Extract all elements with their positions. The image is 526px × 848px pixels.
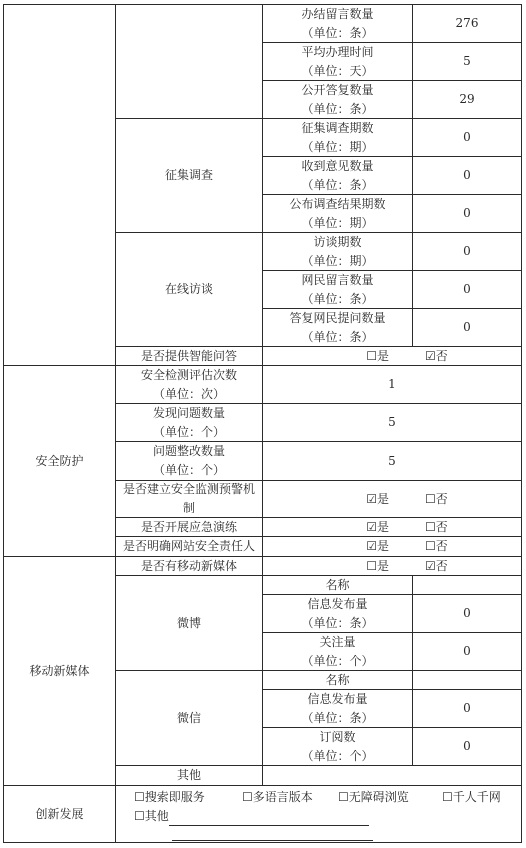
item-title: 订阅数 [319,728,355,747]
checkbox-personalized[interactable]: ☐千人千网 [442,788,501,807]
wechat-title: 微信 [177,709,201,728]
item-value: 5 [262,441,522,481]
checkbox-accessibility[interactable]: ☐无障碍浏览 [338,788,442,807]
value-text: 0 [463,642,471,661]
label-text: 名称 [325,576,349,595]
item-label: 访谈期数 （单位：期） [262,232,413,271]
item-label: 关注量 （单位：个） [262,632,413,671]
item-value: 0 [412,689,522,728]
weibo-name-value [412,575,522,595]
item-value: 0 [412,727,522,766]
item-unit: （单位：个） [153,423,225,442]
checkbox-no[interactable]: ☐否 [425,490,448,509]
label-text: 其他 [177,766,201,785]
item-title: 信息发布量 [307,690,367,709]
item-unit: （单位：个） [153,461,225,480]
item-unit: （单位：期） [301,214,373,233]
item-unit: （单位：条） [301,328,373,347]
section-label-interaction [3,4,116,366]
item-value: 5 [262,403,522,442]
checkbox-yes[interactable]: ☐是 [366,557,389,576]
smart-qa-label: 是否提供智能问答 [115,346,263,366]
security-title: 安全防护 [35,452,83,471]
innovation-options: ☐搜索即服务 ☐多语言版本 ☐无障碍浏览 ☐千人千网 ☐其他 [115,785,522,843]
checkbox-no[interactable]: ☐否 [425,537,448,556]
item-title: 收到意见数量 [301,157,373,176]
checkbox-multilingual[interactable]: ☐多语言版本 [242,788,338,807]
item-title: 网民留言数量 [301,271,373,290]
emergency-drill-options: ☑是 ☐否 [262,517,522,537]
item-title: 访谈期数 [313,233,361,252]
item-unit: （单位：条） [301,24,373,43]
item-label: 发现问题数量 （单位：个） [115,403,263,442]
item-title: 发现问题数量 [153,404,225,423]
weibo-label: 微博 [115,575,263,671]
section-label-innovation: 创新发展 [3,785,116,843]
innovation-blank-row [134,826,373,842]
label-text: 名称 [325,671,349,690]
warning-mechanism-options: ☑是 ☐否 [262,480,522,518]
item-title: 答复网民提问数量 [289,309,385,328]
item-label: 答复网民提问数量 （单位：条） [262,308,413,347]
value-text: 0 [463,204,471,223]
item-value: 29 [412,80,522,119]
checkbox-yes[interactable]: ☑是 [366,490,389,509]
item-value: 1 [262,365,522,404]
item-title: 安全检测评估次数 [141,366,237,385]
item-label: 订阅数 （单位：个） [262,727,413,766]
subsection-label-interview: 在线访谈 [115,232,263,347]
value-text: 0 [463,280,471,299]
item-unit: （单位：天） [301,62,373,81]
item-title: 问题整改数量 [153,442,225,461]
value-text: 0 [463,242,471,261]
item-label: 征集调查期数 （单位：期） [262,118,413,157]
item-value: 0 [412,308,522,347]
item-value: 0 [412,594,522,633]
smart-qa-options: ☐是 ☑否 [262,346,522,366]
section-label-mobile: 移动新媒体 [3,556,116,786]
item-unit: （单位：条） [301,176,373,195]
wechat-label: 微信 [115,670,263,766]
label-text: 是否有移动新媒体 [141,557,237,576]
item-title: 征集调查期数 [301,119,373,138]
item-label: 网民留言数量 （单位：条） [262,270,413,309]
item-unit: （单位：个） [301,747,373,766]
label-text: 是否明确网站安全责任人 [123,537,255,556]
label-text: 是否提供智能问答 [141,347,237,366]
item-unit: （单位：条） [301,614,373,633]
item-label: 公开答复数量 （单位：条） [262,80,413,119]
item-unit: （单位：期） [301,138,373,157]
item-value: 0 [412,270,522,309]
has-mobile-options: ☐是 ☑否 [262,556,522,576]
item-value: 0 [412,232,522,271]
subsection-label-survey: 征集调查 [115,118,263,233]
checkbox-yes[interactable]: ☑是 [366,518,389,537]
label-line2: 制 [183,499,195,518]
item-label: 问题整改数量 （单位：个） [115,441,263,481]
other-blank-line-2[interactable] [172,826,373,841]
item-label: 收到意见数量 （单位：条） [262,156,413,195]
checkbox-no[interactable]: ☑否 [425,347,448,366]
check-label: 是否建立安全监测预警机 制 [115,480,263,518]
other-media-value [262,765,522,786]
mobile-title: 移动新媒体 [29,662,89,681]
item-value: 276 [412,4,522,43]
weibo-name-label: 名称 [262,575,413,595]
checkbox-no[interactable]: ☐否 [425,518,448,537]
value-text: 0 [463,699,471,718]
item-unit: （单位：期） [301,252,373,271]
wechat-name-value [412,670,522,690]
value-text: 0 [463,318,471,337]
value-text: 0 [463,604,471,623]
wechat-name-label: 名称 [262,670,413,690]
item-label: 平均办理时间 （单位：天） [262,42,413,81]
value-text: 5 [463,52,471,71]
checkbox-no[interactable]: ☑否 [425,557,448,576]
security-officer-options: ☑是 ☐否 [262,536,522,557]
weibo-title: 微博 [177,614,201,633]
survey-title: 征集调查 [165,166,213,185]
item-label: 公布调查结果期数 （单位：期） [262,194,413,233]
item-unit: （单位：条） [301,290,373,309]
item-value: 5 [412,42,522,81]
value-text: 1 [388,375,396,394]
item-label: 安全检测评估次数 （单位：次） [115,365,263,404]
value-text: 5 [388,413,396,432]
value-text: 0 [463,166,471,185]
innovation-other-row: ☐其他 [134,807,369,826]
item-label: 办结留言数量 （单位：条） [262,4,413,43]
item-title: 平均办理时间 [301,43,373,62]
checkbox-other[interactable]: ☐其他 [134,807,169,826]
subsection-label-messages [115,4,263,119]
other-media-label: 其他 [115,765,263,786]
checkbox-yes[interactable]: ☐是 [366,347,389,366]
checkbox-search-service[interactable]: ☐搜索即服务 [134,788,242,807]
item-value: 0 [412,194,522,233]
item-value: 0 [412,156,522,195]
item-title: 关注量 [319,633,355,652]
label-line1: 是否建立安全监测预警机 [123,480,255,499]
value-text: 276 [456,14,479,33]
innovation-options-row: ☐搜索即服务 ☐多语言版本 ☐无障碍浏览 ☐千人千网 [134,788,501,807]
checkbox-yes[interactable]: ☑是 [366,537,389,556]
item-unit: （单位：条） [301,709,373,728]
check-label: 是否开展应急演练 [115,517,263,537]
check-label: 是否明确网站安全责任人 [115,536,263,557]
other-blank-line[interactable] [169,811,369,826]
section-label-security: 安全防护 [3,365,116,557]
item-title: 公开答复数量 [301,81,373,100]
value-text: 0 [463,128,471,147]
item-value: 0 [412,118,522,157]
item-label: 信息发布量 （单位：条） [262,689,413,728]
item-title: 信息发布量 [307,595,367,614]
item-unit: （单位：条） [301,100,373,119]
item-unit: （单位：个） [301,652,373,671]
item-unit: （单位：次） [153,385,225,404]
value-text: 0 [463,737,471,756]
item-value: 0 [412,632,522,671]
innovation-title: 创新发展 [35,805,83,824]
has-mobile-label: 是否有移动新媒体 [115,556,263,576]
interview-title: 在线访谈 [165,280,213,299]
value-text: 5 [388,452,396,471]
value-text: 29 [459,90,474,109]
item-label: 信息发布量 （单位：条） [262,594,413,633]
item-title: 办结留言数量 [301,5,373,24]
item-title: 公布调查结果期数 [289,195,385,214]
label-text: 是否开展应急演练 [141,518,237,537]
